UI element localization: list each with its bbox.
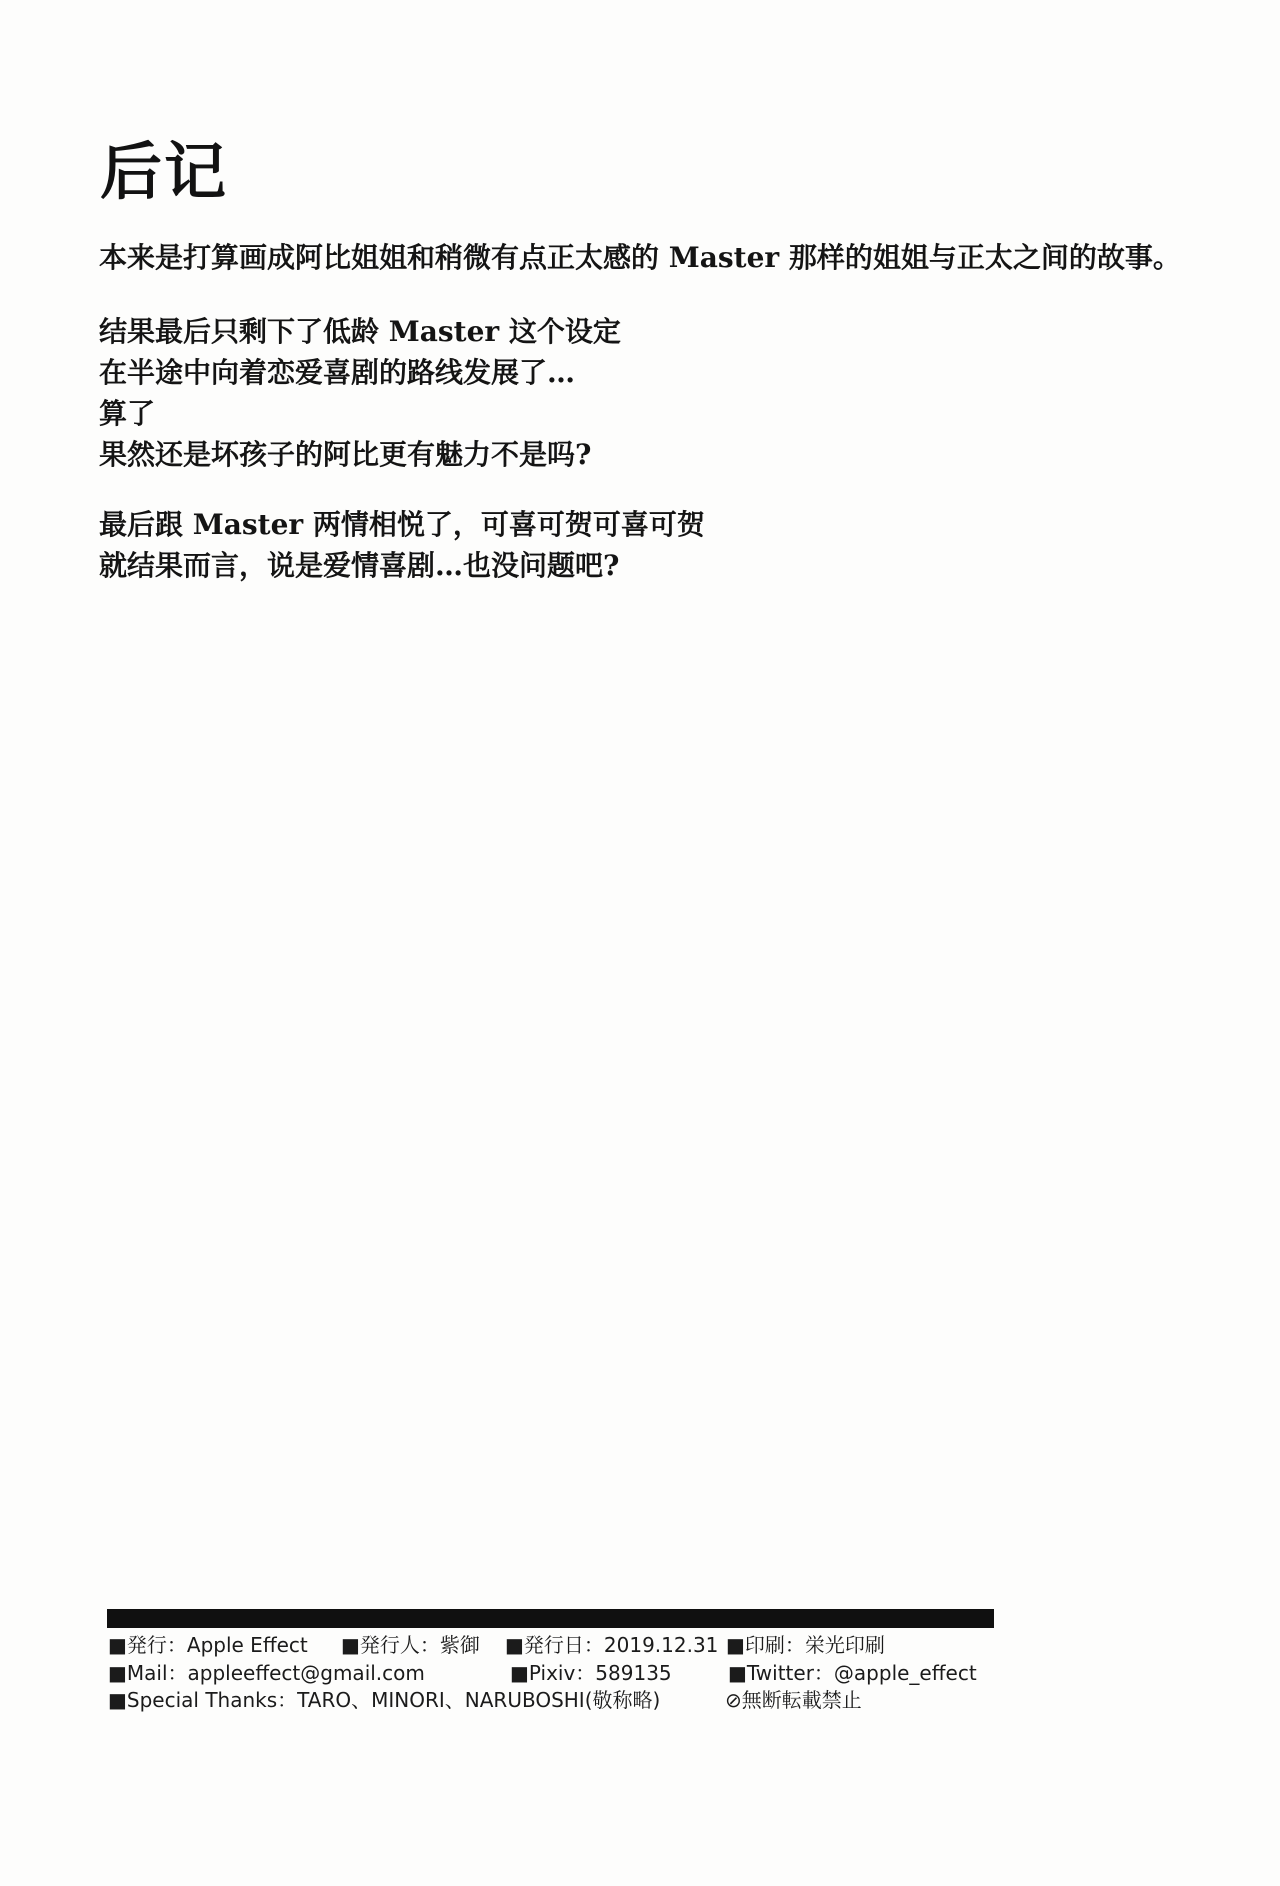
paragraph-line: 果然还是坏孩子的阿比更有魅力不是吗?	[99, 434, 621, 475]
paragraph-line: 就结果而言，说是爱情喜剧…也没问题吧?	[99, 545, 705, 586]
paragraph-line: 最后跟 Master 两情相悦了，可喜可贺可喜可贺	[99, 504, 705, 545]
colophon-publisher-person: ■発行人：紫御	[341, 1633, 480, 1657]
colophon-mail: ■Mail：appleeffect@gmail.com	[108, 1661, 425, 1685]
colophon-printer: ■印刷：栄光印刷	[726, 1633, 885, 1657]
paragraph-2: 结果最后只剩下了低龄 Master 这个设定 在半途中向着恋爱喜剧的路线发展了……	[99, 311, 621, 475]
afterword-page: 后记 本来是打算画成阿比姐姐和稍微有点正太感的 Master 那样的姐姐与正太之…	[0, 0, 1280, 1886]
paragraph-line: 本来是打算画成阿比姐姐和稍微有点正太感的 Master 那样的姐姐与正太之间的故…	[99, 237, 1181, 278]
paragraph-line: 在半途中向着恋爱喜剧的路线发展了…	[99, 352, 621, 393]
colophon-special-thanks: ■Special Thanks：TARO、MINORI、NARUBOSHI(敬称…	[108, 1688, 660, 1712]
colophon-divider-bar	[107, 1609, 994, 1628]
paragraph-line: 算了	[99, 393, 621, 434]
colophon-publisher: ■発行：Apple Effect	[108, 1633, 308, 1657]
page-title: 后记	[100, 138, 228, 206]
colophon-twitter: ■Twitter：@apple_effect	[728, 1661, 977, 1685]
paragraph-3: 最后跟 Master 两情相悦了，可喜可贺可喜可贺 就结果而言，说是爱情喜剧…也…	[99, 504, 705, 586]
paragraph-line: 结果最后只剩下了低龄 Master 这个设定	[99, 311, 621, 352]
colophon-pixiv: ■Pixiv：589135	[510, 1661, 672, 1685]
colophon-no-reproduction-notice: ⊘無断転載禁止	[725, 1688, 862, 1712]
colophon-publish-date: ■発行日：2019.12.31	[505, 1633, 718, 1657]
paragraph-1: 本来是打算画成阿比姐姐和稍微有点正太感的 Master 那样的姐姐与正太之间的故…	[99, 237, 1181, 278]
